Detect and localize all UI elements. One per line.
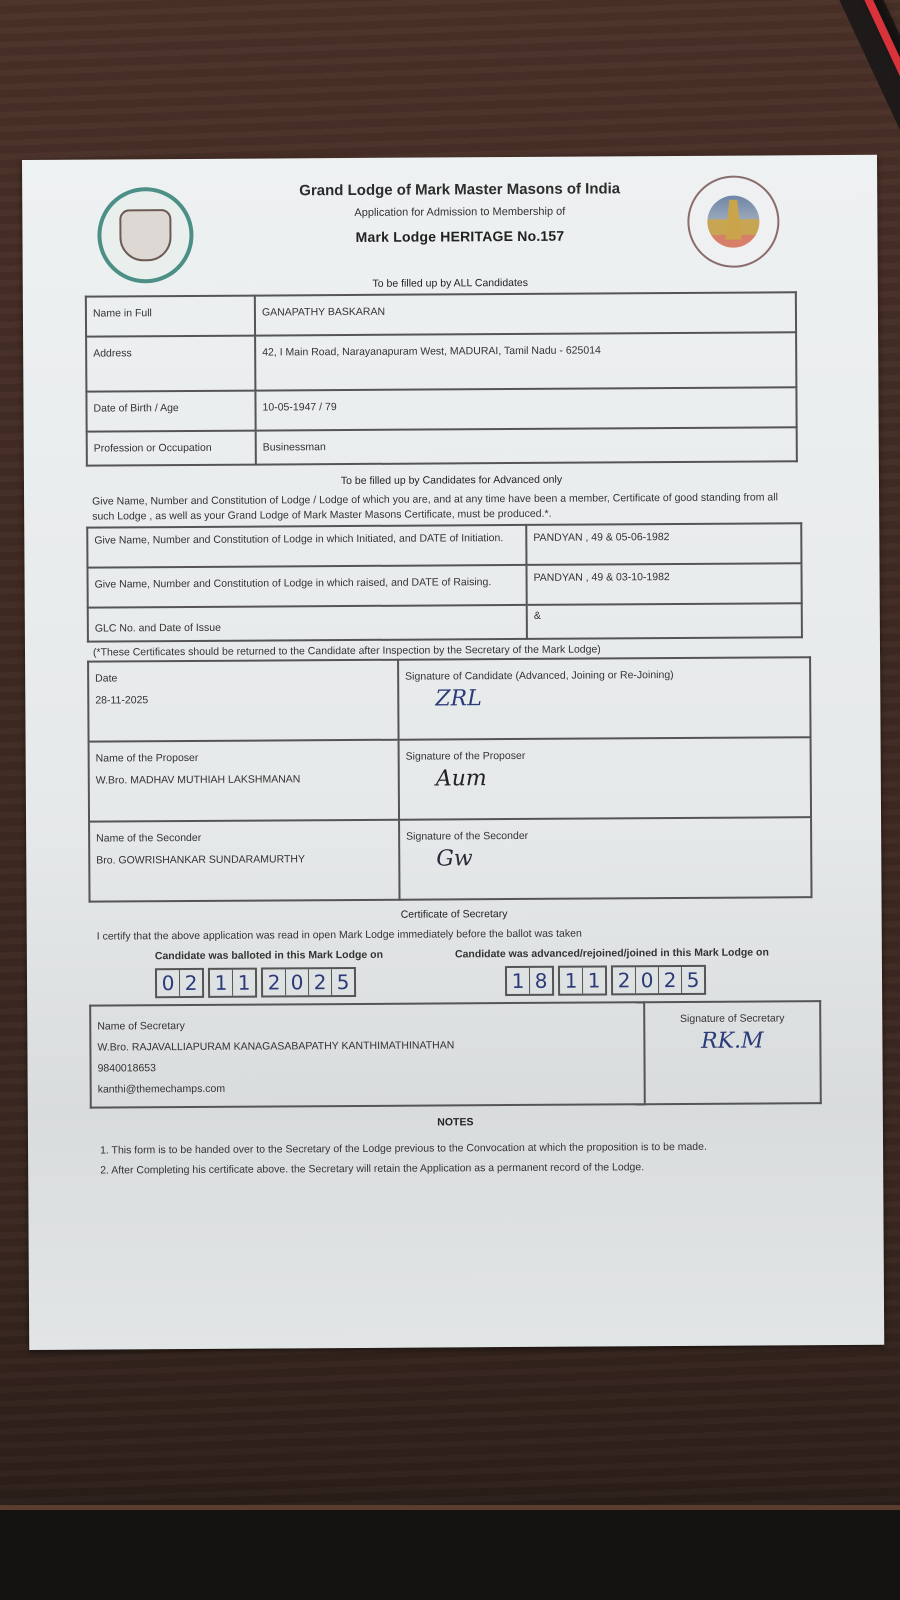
regional-lodge-emblem-icon — [687, 175, 780, 268]
balloted-label: Candidate was balloted in this Mark Lodg… — [155, 949, 383, 962]
field-label: Address — [86, 336, 255, 392]
form-header: Grand Lodge of Mark Master Masons of Ind… — [22, 155, 878, 280]
proposer-name-field[interactable]: W.Bro. MADHAV MUTHIAH LAKSHMANAN — [96, 773, 392, 787]
digit-box: 1 — [507, 968, 529, 994]
table-row: Date of Birth / Age 10-05-1947 / 79 — [86, 387, 796, 431]
secretary-table: Name of Secretary W.Bro. RAJAVALLIAPURAM… — [89, 1000, 822, 1108]
table-row: Profession or Occupation Businessman — [87, 427, 797, 465]
table-row: Name of the Proposer W.Bro. MADHAV MUTHI… — [89, 737, 811, 821]
field-label: Date of Birth / Age — [86, 391, 255, 432]
digit-box: 8 — [529, 968, 552, 994]
table-row: Give Name, Number and Constitution of Lo… — [87, 523, 801, 567]
table-row: Name of the Seconder Bro. GOWRISHANKAR S… — [89, 817, 811, 901]
application-form-paper: Grand Lodge of Mark Master Masons of Ind… — [22, 155, 884, 1350]
digit-box: 1 — [210, 970, 232, 996]
table-row: Give Name, Number and Constitution of Lo… — [87, 563, 801, 607]
secretary-signature[interactable]: RK.M — [651, 1028, 813, 1054]
signatures-table: Date 28-11-2025 Signature of Candidate (… — [87, 656, 812, 902]
table-row: GLC No. and Date of Issue & — [88, 603, 802, 641]
field-label: Date — [95, 671, 391, 685]
digit-box: 2 — [179, 970, 202, 996]
digit-box: 2 — [613, 967, 635, 993]
advanced-instruction: Give Name, Number and Constitution of Lo… — [92, 490, 792, 524]
digit-box: 1 — [582, 967, 605, 993]
glc-field[interactable]: & — [527, 603, 802, 639]
field-label: Give Name, Number and Constitution of Lo… — [87, 525, 526, 568]
initiation-field[interactable]: PANDYAN , 49 & 05-06-1982 — [526, 523, 801, 565]
notes-list: 1. This form is to be handed over to the… — [100, 1136, 883, 1181]
seconder-name-field[interactable]: Bro. GOWRISHANKAR SUNDARAMURTHY — [96, 853, 392, 867]
name-field[interactable]: GANAPATHY BASKARAN — [255, 292, 796, 335]
lodge-history-table: Give Name, Number and Constitution of Lo… — [86, 522, 803, 642]
advanced-label: Candidate was advanced/rejoined/joined i… — [455, 946, 769, 960]
digit-box: 0 — [635, 967, 658, 993]
balloted-date-group: Candidate was balloted in this Mark Lodg… — [155, 949, 383, 998]
digit-box: 2 — [263, 969, 285, 995]
digit-box: 0 — [157, 970, 179, 996]
digit-box: 5 — [681, 967, 704, 993]
candidate-details-table: Name in Full GANAPATHY BASKARAN Address … — [85, 291, 798, 466]
field-label: Name of the Seconder — [96, 831, 392, 845]
note-item: 2. After Completing his certificate abov… — [100, 1156, 883, 1181]
section-advanced-heading: To be filled up by Candidates for Advanc… — [24, 472, 879, 489]
certificate-heading: Certificate of Secretary — [27, 906, 882, 923]
advanced-date-group: Candidate was advanced/rejoined/joined i… — [455, 946, 769, 996]
field-label: Name of the Proposer — [96, 751, 392, 765]
floor — [0, 1510, 900, 1600]
digit-box: 2 — [658, 967, 681, 993]
table-row: Date 28-11-2025 Signature of Candidate (… — [88, 657, 810, 741]
address-field[interactable]: 42, I Main Road, Narayanapuram West, MAD… — [255, 332, 796, 390]
secretary-email-field[interactable]: kanthi@themechamps.com — [98, 1076, 638, 1100]
digit-box: 1 — [232, 970, 255, 996]
notes-heading: NOTES — [28, 1114, 883, 1131]
table-row: Address 42, I Main Road, Narayanapuram W… — [86, 332, 796, 391]
date-field[interactable]: 28-11-2025 — [95, 693, 391, 707]
table-row: Name of Secretary W.Bro. RAJAVALLIAPURAM… — [90, 1001, 821, 1107]
digit-box: 1 — [560, 968, 582, 994]
field-label: Give Name, Number and Constitution of Lo… — [87, 565, 526, 608]
raising-field[interactable]: PANDYAN , 49 & 03-10-1982 — [526, 563, 801, 605]
field-label: Name in Full — [86, 296, 255, 337]
field-label: Profession or Occupation — [87, 431, 256, 466]
field-label: Signature of the Seconder — [406, 828, 804, 842]
field-label: Signature of Candidate (Advanced, Joinin… — [405, 668, 803, 682]
digit-box: 2 — [308, 969, 331, 995]
dob-age-field[interactable]: 10-05-1947 / 79 — [255, 387, 796, 430]
seconder-signature[interactable]: Gw — [436, 844, 804, 871]
secretary-certificate: Certificate of Secretary I certify that … — [27, 906, 883, 999]
balloted-date-boxes[interactable]: 02 11 2025 — [155, 967, 383, 998]
candidate-signature[interactable]: ZRL — [435, 684, 803, 711]
field-label: Signature of Secretary — [651, 1012, 813, 1025]
table-row: Name in Full GANAPATHY BASKARAN — [86, 292, 796, 336]
occupation-field[interactable]: Businessman — [256, 427, 797, 464]
digit-box: 5 — [331, 969, 354, 995]
field-label: GLC No. and Date of Issue — [88, 605, 527, 642]
field-label: Signature of the Proposer — [406, 748, 804, 762]
proposer-signature[interactable]: Aum — [436, 764, 804, 791]
certificate-statement: I certify that the above application was… — [97, 926, 882, 943]
digit-box: 0 — [285, 969, 308, 995]
advanced-date-boxes[interactable]: 18 11 2025 — [505, 964, 769, 996]
